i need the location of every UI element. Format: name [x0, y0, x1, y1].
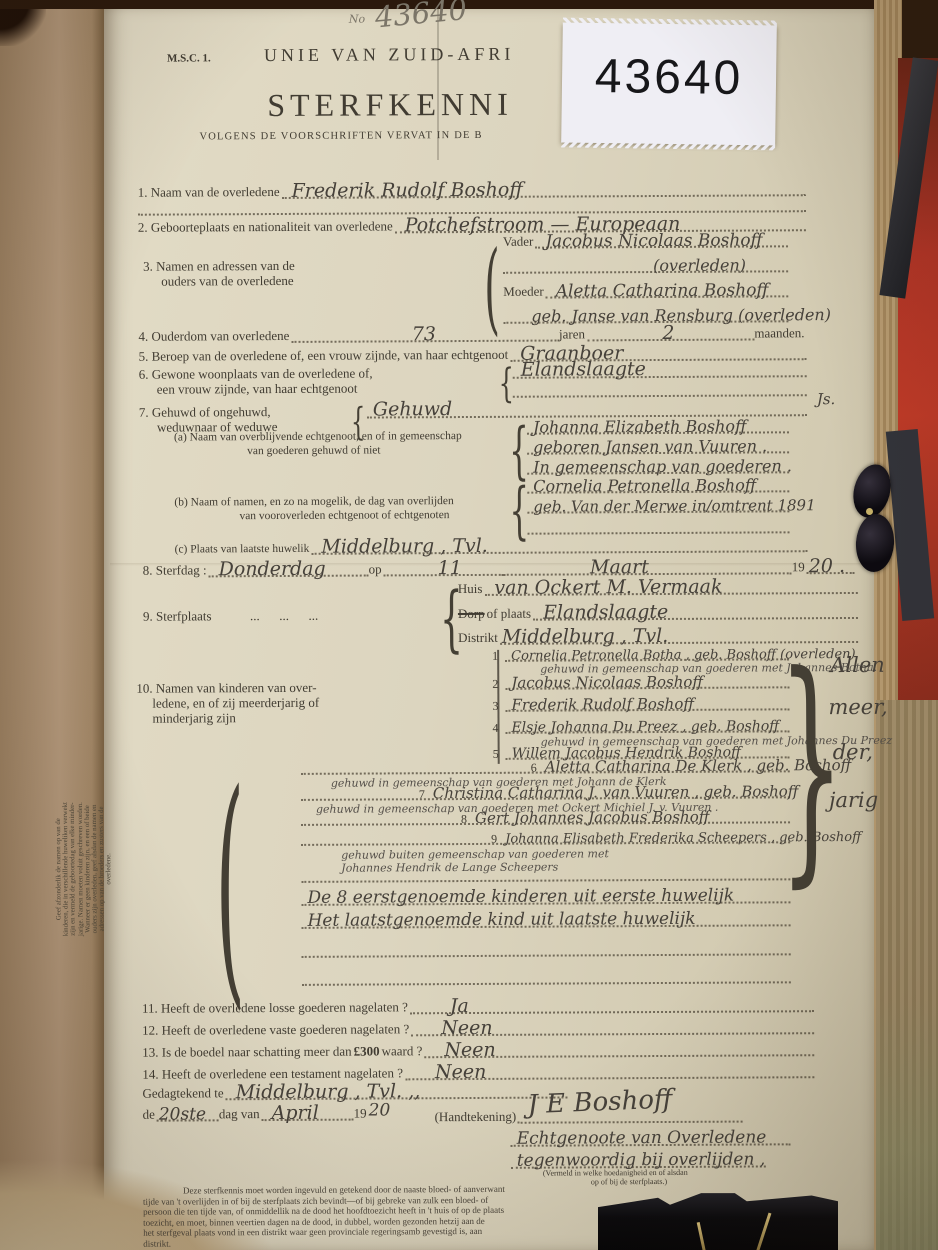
item-13-label-post: waard ? [382, 1045, 425, 1059]
margin-note-3: der, [833, 740, 873, 764]
child-row-4: 4 Elsje Johanna Du Preez , geb. Boshoff [506, 730, 790, 733]
item-7-label-1: 7. Gehuwd of ongehuwd, [139, 405, 271, 419]
child-3-name: Frederik Rudolf Boshoff [511, 695, 694, 714]
signer-capacity-1: Echtgenoote van Overledene [517, 1127, 767, 1148]
children-right-brace [778, 643, 845, 888]
dated-place: Middelburg , Tvl. ,, [236, 1080, 421, 1103]
margin-initials: Js. [817, 390, 836, 408]
marriage-remark-2: Het laatstgenoemde kind uit laatste huwe… [307, 909, 695, 931]
item-7b-brace [509, 480, 529, 542]
child-6-num: 6 [531, 761, 537, 776]
item-7b-line-3 [528, 531, 790, 534]
item-8-label: 8. Sterfdag : [143, 564, 209, 578]
years-unit: jaren [559, 328, 587, 342]
child-8-num: 8 [461, 812, 467, 827]
archive-reference-number: 43640 [562, 49, 777, 107]
village-label: of plaats [487, 607, 533, 621]
item-9-dots: ... ... ... [250, 609, 318, 623]
age-years: 73 [412, 323, 436, 345]
child-row-6: 6 Aletta Catharina De Klerk , geb. Bosho… [301, 770, 790, 775]
item-7a-brace [509, 420, 529, 482]
residence: Elandslaagte [521, 358, 646, 381]
age-months: 2 [662, 322, 674, 344]
month-line: April [262, 1104, 354, 1121]
signed-month: April [272, 1102, 319, 1124]
estate-value-answer: Neen [444, 1039, 495, 1061]
house-line: van Ockert M. Vermaak [484, 577, 858, 596]
item-7b-label-2: van vooroverleden echtgenoot of echtgeno… [239, 509, 449, 522]
village-value: Elandslaagte [543, 601, 668, 624]
item-7c-line: Middelburg , Tvl. [311, 535, 807, 555]
item-11-line: Ja [410, 995, 814, 1014]
child-7-num: 7 [419, 787, 425, 802]
item-8-day-line: Donderdag [209, 560, 369, 578]
deceased-name: Frederik Rudolf Boshoff [292, 179, 523, 202]
predeceased-spouse-name: Cornelia Petronella Boshoff [533, 475, 756, 495]
day-line: 20ste [157, 1104, 219, 1121]
child-row-9: 9 Johanna Elisabeth Frederika Scheepers … [301, 841, 790, 846]
item-3-brace [484, 238, 500, 338]
item-9-house: Huis van Ockert M. Vermaak [458, 577, 858, 596]
children-group2-bracket [215, 761, 246, 1011]
item-7b-line-2: geb. Van der Merwe in/omtrent 1891 [527, 510, 789, 513]
item-5: 5. Beroep van de overledene of, een vrou… [139, 343, 807, 363]
form-code: M.S.C. 1. [167, 53, 211, 65]
item-10-label-1: 10. Namen van kinderen van over- [136, 681, 316, 696]
item-10-label-2: ledene, en of zij meerderjarig of [152, 696, 319, 711]
item-7c-label: (c) Plaats van laatste huwelik [175, 543, 312, 556]
item-14: 14. Heeft de overledene een testament na… [142, 1061, 814, 1082]
item-7b-line-1: Cornelia Petronella Boshoff [527, 490, 789, 493]
remark-line-1: De 8 eerstgenoemde kinderen uit eerste h… [301, 901, 790, 906]
sterfkennis-form: M.S.C. 1. No 43640 UNIE VAN ZUID-AFRI ST… [0, 0, 938, 1250]
item-3-label-1: 3. Namen en adressen van de [143, 259, 295, 273]
item-7c: (c) Plaats van laatste huwelik Middelbur… [175, 535, 808, 555]
signed-century: 19 [354, 1107, 369, 1121]
remark-line-2: Het laatstgenoemde kind uit laatste huwe… [302, 924, 791, 929]
mother-line: Aletta Catharina Boshoff [546, 280, 789, 298]
signed-year: 20 [369, 1100, 391, 1120]
margin-note-4: jarig [829, 788, 878, 812]
dated-row: Gedagtekend te Middelburg , Tvl. ,, [142, 1081, 567, 1100]
item-6-line-2 [513, 394, 807, 398]
child-4-name: Elsje Johanna Du Preez , geb. Boshoff [511, 718, 779, 735]
father-label: Vader [503, 235, 535, 249]
child-2-num: 2 [492, 677, 498, 692]
side-instruction-line: overledene. [105, 744, 114, 994]
op-label: op [369, 563, 384, 577]
child-9-note-2: Johannes Hendrik de Lange Scheepers [341, 861, 558, 875]
item-3-father-note-line: (overleden) [503, 270, 788, 273]
side-instruction: Geef afzonderlik de namen op van de kind… [55, 744, 114, 994]
item-6-brace [499, 364, 514, 404]
item-6-label-2: een vrouw zijnde, van haar echtgenoot [157, 382, 358, 397]
item-8-date-line: 11 [384, 559, 504, 577]
archive-reference-label: 43640 [561, 23, 777, 146]
item-4-line-a: 73 [291, 325, 559, 343]
death-weekday: Donderdag [219, 558, 326, 581]
child-3-num: 3 [492, 699, 498, 714]
empty-line-a [301, 878, 790, 883]
item-1: 1. Naam van de overledene Frederik Rudol… [138, 179, 806, 199]
dated-label: Gedagtekend te [142, 1087, 225, 1101]
signed-day: 20ste [159, 1104, 206, 1124]
item-9-village: Dorp of plaats Elandslaagte [458, 602, 858, 621]
item-11: 11. Heeft de overledene losse goederen n… [142, 995, 814, 1016]
handwritten-number: 43640 [373, 0, 468, 34]
item-4-label: 4. Ouderdom van overledene [138, 329, 291, 343]
surviving-spouse-name: Johanna Elizabeth Boshoff [533, 417, 747, 437]
item-7a-line-1: Johanna Elizabeth Boshoff [527, 431, 789, 434]
item-12: 12. Heeft de overledene vaste goederen n… [142, 1017, 814, 1038]
district-value: Middelburg , Tvl. [502, 625, 669, 648]
death-month: Maart [590, 556, 649, 578]
fixed-goods-answer: Neen [441, 1017, 492, 1039]
signature-label: (Handtekening) [435, 1110, 517, 1124]
months-unit: maanden. [754, 327, 806, 341]
child-8-name: Gert Johannes Jacobus Boshoff [475, 808, 709, 827]
mother-label: Moeder [503, 285, 546, 299]
item-3-label-2: ouders van de overledene [161, 274, 294, 288]
signature: J E Boshoff [527, 1084, 673, 1120]
death-year: 20 . [809, 555, 845, 577]
margin-note-1: Allen [830, 653, 885, 677]
item-2-label: 2. Geboorteplaats en nationaliteit van o… [138, 220, 395, 235]
item-12-line: Neen [411, 1017, 814, 1036]
father-note: (overleden) [653, 256, 746, 275]
page-title: STERFKENNI [267, 88, 513, 123]
item-14-label: 14. Heeft de overledene een testament na… [142, 1067, 405, 1082]
father-name: Jacobus Nicolaas Boshoff [545, 230, 762, 251]
last-marriage-place: Middelburg , Tvl. [321, 535, 488, 558]
century-print: 19 [792, 561, 807, 575]
item-5-label: 5. Beroep van de overledene of, een vrou… [139, 348, 511, 364]
item-14-line: Neen [405, 1061, 814, 1080]
predeceased-spouse-detail: geb. Van der Merwe in/omtrent 1891 [533, 496, 815, 515]
de-label: de [143, 1108, 157, 1122]
child-1-num: 1 [492, 649, 498, 664]
child-row-3: 3 Frederik Rudolf Boshoff [505, 708, 789, 711]
district-label: Distrikt [458, 631, 500, 645]
child-2-name: Jacobus Nicolaas Boshoff [511, 673, 703, 692]
child-row-8: 8 Gert Johannes Jacobus Boshoff [301, 821, 790, 826]
capacity-line-1: Echtgenoote van Overledene [511, 1143, 791, 1146]
testament-answer: Neen [435, 1061, 486, 1083]
item-7a-line-2: geboren Jansen van Vuuren . [527, 451, 789, 454]
dated-line: Middelburg , Tvl. ,, [226, 1081, 568, 1100]
item-3-mother: Moeder Aletta Catharina Boshoff [503, 280, 788, 298]
item-8-year-line: 20 . [807, 557, 855, 574]
item-8-month-line: Maart [504, 557, 792, 576]
mother-name: Aletta Catharina Boshoff [556, 280, 769, 301]
marriage-remark-1: De 8 eerstgenoemde kinderen uit eerste h… [307, 886, 734, 908]
sunglasses-hinge [866, 508, 873, 515]
item-7a-label-2: van goederen gehuwd of niet [247, 444, 381, 457]
handwritten-no-prefix: No [349, 13, 365, 26]
father-line: Jacobus Nicolaas Boshoff [535, 230, 788, 248]
empty-line-b [302, 953, 791, 958]
marital-status: Gehuwd [373, 398, 452, 420]
item-13: 13. Is de boedel naar schatting meer dan… [142, 1039, 814, 1060]
item-11-label: 11. Heeft de overledene losse goederen n… [142, 1001, 410, 1016]
page-subtitle: VOLGENS DE VOORSCHRIFTEN VERVAT IN DE B [199, 130, 482, 142]
child-row-2: 2 Jacobus Nicolaas Boshoff [505, 686, 789, 689]
village-line: Elandslaagte [533, 602, 858, 621]
item-4: 4. Ouderdom van overledene 73 jaren 2 ma… [138, 323, 806, 343]
union-title: UNIE VAN ZUID-AFRI [264, 45, 514, 65]
empty-line-c [302, 981, 791, 986]
estate-amount: £300 [354, 1045, 382, 1059]
item-8: 8. Sterfdag : Donderdag op 11 Maart 19 2… [143, 557, 855, 578]
child-4-num: 4 [493, 721, 499, 736]
child-5-num: 5 [493, 747, 499, 762]
house-label: Huis [458, 582, 485, 596]
item-9-label: 9. Sterfplaats [143, 609, 212, 623]
child-9-num: 9 [491, 832, 497, 847]
item-7a-line-3: In gemeenschap van goederen . [527, 471, 789, 474]
item-1-label: 1. Naam van de overledene [138, 185, 282, 199]
child-7-name: Christina Catharina J. van Vuuren , geb.… [433, 782, 799, 802]
dag-van-label: dag van [219, 1107, 262, 1121]
item-7b-label-1: (b) Naam of namen, en zo na mogelik, de … [174, 495, 453, 509]
house-value: van Ockert M. Vermaak [494, 576, 722, 599]
item-1-line: Frederik Rudolf Boshoff [282, 179, 806, 199]
date-row: de 20ste dag van April 19 20 [143, 1103, 443, 1122]
item-13-label-pre: 13. Is de boedel naar schatting meer dan [142, 1045, 353, 1060]
community-of-property: In gemeenschap van goederen . [533, 456, 792, 476]
item-3-father: Vader Jacobus Nicolaas Boshoff [503, 230, 788, 248]
margin-note-2: meer, [828, 695, 887, 719]
surviving-spouse-maiden: geboren Jansen van Vuuren . [533, 436, 767, 456]
item-12-label: 12. Heeft de overledene vaste goederen n… [142, 1023, 411, 1038]
item-6-line-1: Elandslaagte [513, 375, 807, 379]
signature-line [518, 1121, 743, 1124]
child-9-note: gehuwd buiten gemeenschap van goederen m… [341, 847, 609, 861]
item-13-line: Neen [424, 1039, 814, 1058]
item-6-label-1: 6. Gewone woonplaats van de overledene o… [139, 367, 373, 382]
item-7a-label-1: (a) Naam van overblijvende echtgenoot, e… [174, 430, 462, 444]
item-4-line-b: 2 [587, 324, 754, 342]
movable-goods-answer: Ja [450, 995, 469, 1017]
village-label-struck: Dorp [458, 607, 487, 621]
item-10-label-3: minderjarig zijn [152, 711, 235, 725]
